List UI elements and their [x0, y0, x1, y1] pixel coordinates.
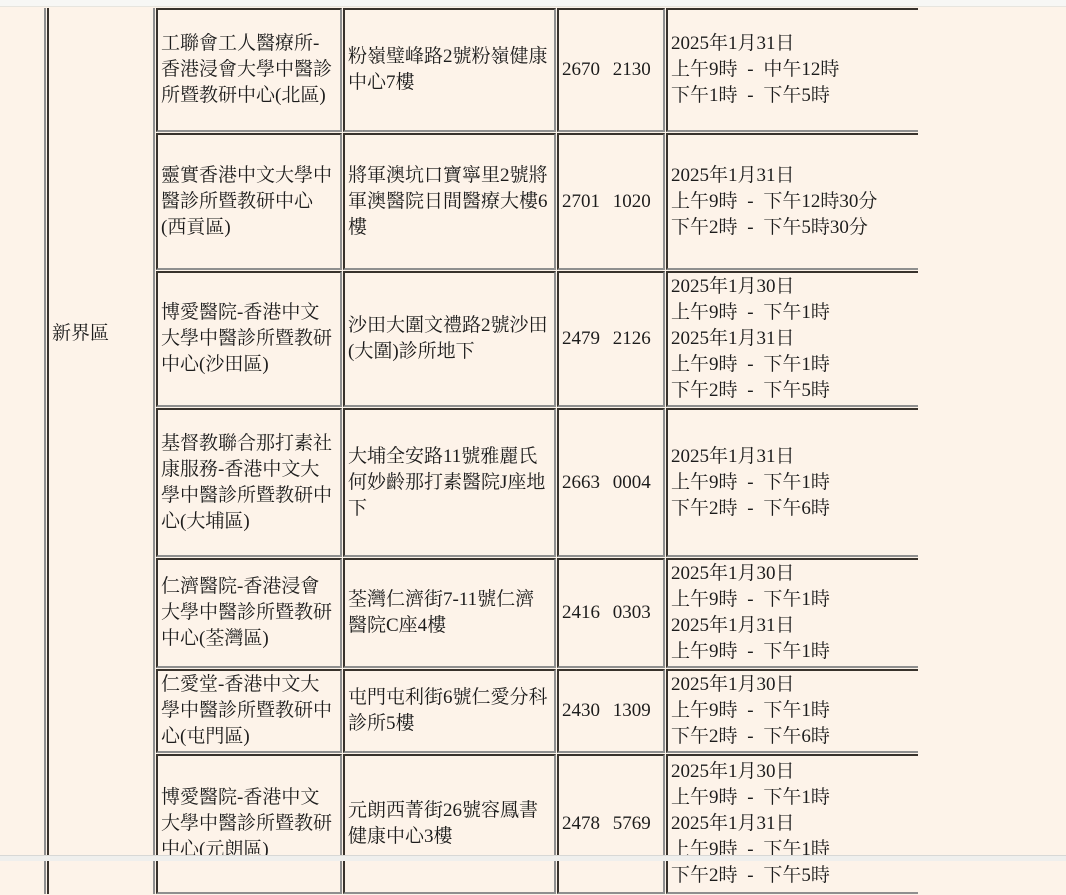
- clinic-address-cell: 將軍澳坑口寶寧里2號將軍澳醫院日間醫療大樓6樓: [343, 133, 556, 270]
- clinic-address: 沙田大圍文禮路2號沙田(大圍)診所地下: [348, 313, 551, 365]
- clinic-address: 粉嶺璧峰路2號粉嶺健康中心7樓: [348, 44, 551, 96]
- hours-line: 2025年1月31日: [671, 613, 915, 639]
- clinic-name-cell: 工聯會工人醫療所-香港浸會大學中醫診所暨教研中心(北區): [156, 8, 342, 132]
- hours-line: 上午9時 - 下午1時: [671, 698, 915, 724]
- clinic-name: 仁愛堂-香港中文大學中醫診所暨教研中心(屯門區): [161, 672, 337, 750]
- clinic-phone: 2416 0303: [562, 600, 660, 626]
- clinic-phone-cell: 2416 0303: [557, 558, 665, 668]
- district-label: 新界區: [52, 9, 150, 347]
- clinic-hours-cell: 2025年1月30日上午9時 - 下午1時2025年1月31日上午9時 - 下午…: [666, 558, 918, 668]
- clinic-name-cell: 基督教聯合那打素社康服務-香港中文大學中醫診所暨教研中心(大埔區): [156, 408, 342, 557]
- district-cell: 新界區: [47, 8, 155, 861]
- hours-line: 2025年1月31日: [671, 31, 915, 57]
- clinic-phone-cell: 2430 1309: [557, 669, 665, 753]
- hours-line: 2025年1月31日: [671, 326, 915, 352]
- clinic-address: 大埔全安路11號雅麗氏何妙齡那打素醫院J座地下: [348, 444, 551, 522]
- left-cutoff-cell: [0, 8, 46, 861]
- hours-line: 上午9時 - 下午1時: [671, 785, 915, 811]
- clinic-hours-cell: 2025年1月30日上午9時 - 下午1時2025年1月31日上午9時 - 下午…: [666, 754, 918, 861]
- hours-line: 上午9時 - 下午1時: [671, 352, 915, 378]
- clinic-name-cell: 博愛醫院-香港中文大學中醫診所暨教研中心(沙田區): [156, 271, 342, 407]
- clinic-phone-cell: 2479 2126: [557, 271, 665, 407]
- clinic-address-cell: 荃灣仁濟街7-11號仁濟醫院C座4樓: [343, 558, 556, 668]
- hours-line: 下午2時 - 下午5時30分: [671, 215, 915, 241]
- hours-line: 2025年1月30日: [671, 759, 915, 785]
- clinic-table-body: 新界區 工聯會工人醫療所-香港浸會大學中醫診所暨教研中心(北區)粉嶺璧峰路2號粉…: [0, 8, 918, 861]
- hours-line: 2025年1月30日: [671, 274, 915, 300]
- clinic-phone-cell: 2663 0004: [557, 408, 665, 557]
- clinic-name: 靈實香港中文大學中醫診所暨教研中心(西貢區): [161, 163, 337, 241]
- hours-line: 下午2時 - 下午6時: [671, 496, 915, 522]
- clinic-address: 荃灣仁濟街7-11號仁濟醫院C座4樓: [348, 587, 551, 639]
- hours-line: 下午1時 - 下午5時: [671, 83, 915, 109]
- clinic-address-cell: 元朗西菁街26號容鳳書健康中心3樓: [343, 754, 556, 861]
- hours-line: 2025年1月31日: [671, 811, 915, 837]
- clinic-name-cell: 仁愛堂-香港中文大學中醫診所暨教研中心(屯門區): [156, 669, 342, 753]
- clinic-row: 新界區 工聯會工人醫療所-香港浸會大學中醫診所暨教研中心(北區)粉嶺璧峰路2號粉…: [0, 8, 918, 132]
- clinic-hours-cell: 2025年1月31日上午9時 - 下午12時30分下午2時 - 下午5時30分: [666, 133, 918, 270]
- hours-line: 上午9時 - 下午1時: [671, 300, 915, 326]
- hours-line: 下午2時 - 下午6時: [671, 724, 915, 750]
- clinic-phone-cell: 2478 5769: [557, 754, 665, 861]
- clinic-phone-cell: 2670 2130: [557, 8, 665, 132]
- page-bottom-strip: [0, 855, 1066, 861]
- clinic-name-cell: 博愛醫院-香港中文大學中醫診所暨教研中心(元朗區): [156, 754, 342, 861]
- clinic-address-cell: 沙田大圍文禮路2號沙田(大圍)診所地下: [343, 271, 556, 407]
- clinic-hours-cell: 2025年1月30日上午9時 - 下午1時下午2時 - 下午6時: [666, 669, 918, 753]
- clinic-schedule-table: 新界區 工聯會工人醫療所-香港浸會大學中醫診所暨教研中心(北區)粉嶺璧峰路2號粉…: [0, 7, 919, 861]
- hours-line: 下午2時 - 下午5時: [671, 378, 915, 404]
- clinic-name: 博愛醫院-香港中文大學中醫診所暨教研中心(沙田區): [161, 300, 337, 378]
- hours-line: 2025年1月30日: [671, 561, 915, 587]
- hours-line: 上午9時 - 下午1時: [671, 639, 915, 665]
- hours-line: 上午9時 - 下午1時: [671, 470, 915, 496]
- hours-line: 上午9時 - 下午1時: [671, 587, 915, 613]
- clinic-name-cell: 靈實香港中文大學中醫診所暨教研中心(西貢區): [156, 133, 342, 270]
- clinic-address: 元朗西菁街26號容鳳書健康中心3樓: [348, 798, 551, 850]
- hours-line: 2025年1月31日: [671, 444, 915, 470]
- clinic-name-cell: 仁濟醫院-香港浸會大學中醫診所暨教研中心(荃灣區): [156, 558, 342, 668]
- clinic-address-cell: 屯門屯利街6號仁愛分科診所5樓: [343, 669, 556, 753]
- clinic-address: 將軍澳坑口寶寧里2號將軍澳醫院日間醫療大樓6樓: [348, 163, 551, 241]
- clinic-hours-cell: 2025年1月30日上午9時 - 下午1時2025年1月31日上午9時 - 下午…: [666, 271, 918, 407]
- clinic-name: 博愛醫院-香港中文大學中醫診所暨教研中心(元朗區): [161, 785, 337, 861]
- clinic-phone: 2670 2130: [562, 57, 660, 83]
- clinic-hours-cell: 2025年1月31日上午9時 - 下午1時下午2時 - 下午6時: [666, 408, 918, 557]
- hours-line: 上午9時 - 下午12時30分: [671, 189, 915, 215]
- clinic-name: 基督教聯合那打素社康服務-香港中文大學中醫診所暨教研中心(大埔區): [161, 431, 337, 535]
- clinic-address-cell: 粉嶺璧峰路2號粉嶺健康中心7樓: [343, 8, 556, 132]
- hours-line: 上午9時 - 中午12時: [671, 57, 915, 83]
- clinic-phone: 2701 1020: [562, 189, 660, 215]
- clinic-phone: 2663 0004: [562, 470, 660, 496]
- clinic-name: 工聯會工人醫療所-香港浸會大學中醫診所暨教研中心(北區): [161, 31, 337, 109]
- clinic-address-cell: 大埔全安路11號雅麗氏何妙齡那打素醫院J座地下: [343, 408, 556, 557]
- clinic-address: 屯門屯利街6號仁愛分科診所5樓: [348, 685, 551, 737]
- clinic-phone: 2478 5769: [562, 811, 660, 837]
- clinic-name: 仁濟醫院-香港浸會大學中醫診所暨教研中心(荃灣區): [161, 574, 337, 652]
- clinic-phone-cell: 2701 1020: [557, 133, 665, 270]
- hours-line: 2025年1月30日: [671, 672, 915, 698]
- clinic-phone: 2479 2126: [562, 326, 660, 352]
- hours-line: 2025年1月31日: [671, 163, 915, 189]
- viewport-top-strip: [0, 0, 1066, 7]
- clinic-phone: 2430 1309: [562, 698, 660, 724]
- clinic-hours-cell: 2025年1月31日上午9時 - 中午12時下午1時 - 下午5時: [666, 8, 918, 132]
